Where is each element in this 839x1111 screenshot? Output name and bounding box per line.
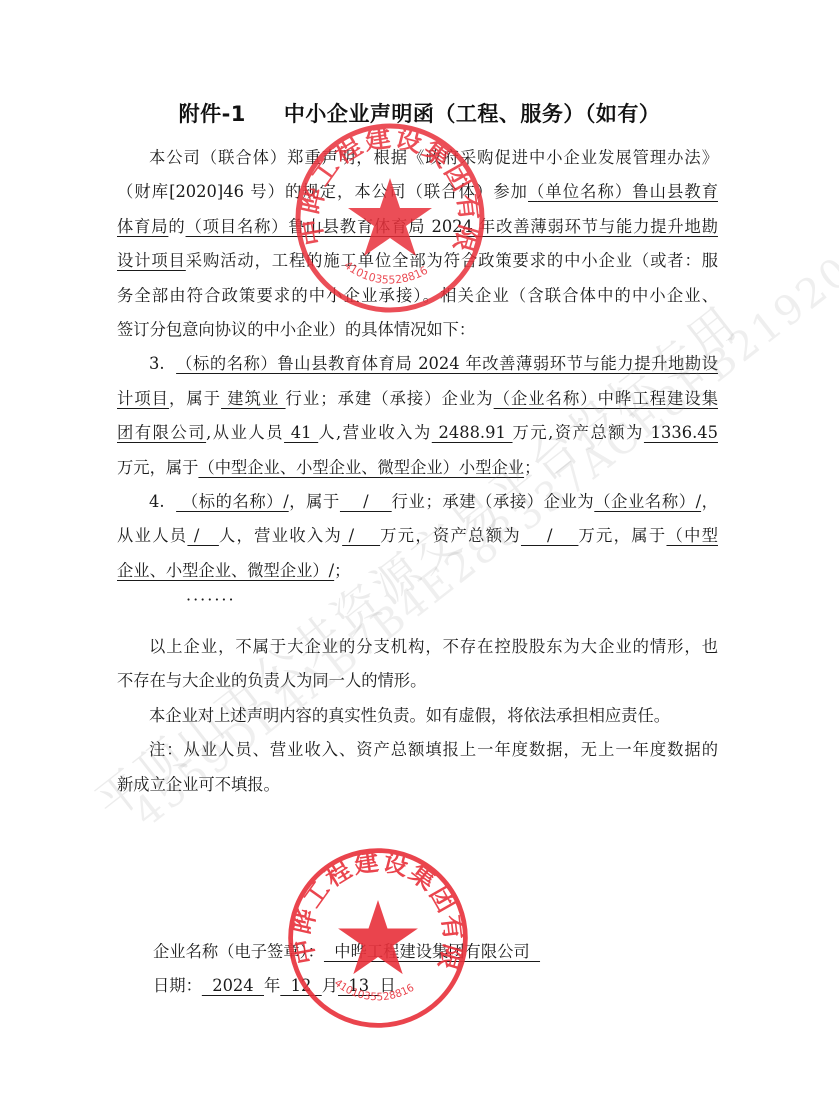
declaration-line-6: 签订分包意向协议的中小企业）的具体情况如下： bbox=[117, 313, 718, 347]
date-row: 日期： 2024 年 12 月 13 日 bbox=[153, 969, 540, 1003]
item-4-line-1: 4. （标的名称）/，属于 / 行业；承建（承接）企业为（企业名称）/， bbox=[117, 485, 718, 519]
item-3-employees: 41 bbox=[284, 423, 318, 442]
statement-1-line-1: 以上企业，不属于大企业的分支机构，不存在控股股东为大企业的情形，也 bbox=[117, 630, 718, 664]
declaration-line-2: （财库[2020]46 号）的规定，本公司（联合体）参加（单位名称）鲁山县教育 bbox=[117, 175, 718, 209]
signature-company-name: 中晔工程建设集团有限公司 bbox=[324, 942, 540, 961]
item-4-industry: / bbox=[340, 492, 392, 511]
unit-name-field: （单位名称）鲁山县教育 bbox=[528, 182, 718, 201]
project-name-field: （项目名称）鲁山县教育体育局 2024 年改善薄弱环节与能力提升地勘 bbox=[186, 217, 718, 236]
date-day: 13 bbox=[338, 976, 379, 995]
page-title: 附件-1中小企业声明函（工程、服务）（如有） bbox=[0, 98, 839, 128]
date-month: 12 bbox=[280, 976, 321, 995]
date-year: 2024 bbox=[202, 976, 264, 995]
company-signature-row: 企业名称（电子签章）： 中晔工程建设集团有限公司 bbox=[153, 935, 540, 969]
item-4-size-class: 企业、小型企业、微型企业）/ bbox=[117, 561, 334, 580]
title-main: 中小企业声明函（工程、服务）（如有） bbox=[284, 102, 661, 126]
declaration-line-4: 设计项目采购活动，工程的施工单位全部为符合政策要求的中小企业（或者：服 bbox=[117, 244, 718, 278]
item-4-target-name: （标的名称）/ bbox=[176, 492, 289, 511]
declaration-line-5: 务全部由符合政策要求的中小企业承接）。相关企业（含联合体中的中小企业、 bbox=[117, 279, 718, 313]
item-3-industry: 建筑业 bbox=[221, 389, 285, 408]
signature-block: 企业名称（电子签章）： 中晔工程建设集团有限公司 日期： 2024 年 12 月… bbox=[153, 935, 540, 1003]
item-4-employees: / bbox=[187, 526, 218, 545]
item-4-company: （企业名称）/ bbox=[594, 492, 701, 511]
item-4-revenue: / bbox=[342, 526, 380, 545]
declaration-line-1: 本公司（联合体）郑重声明，根据《政府采购促进中小企业发展管理办法》 bbox=[117, 141, 718, 175]
attachment-label: 附件-1 bbox=[179, 102, 246, 126]
item-3-revenue: 2488.91 bbox=[432, 423, 513, 442]
ellipsis: ······· bbox=[186, 590, 236, 609]
document-page: 附件-1中小企业声明函（工程、服务）（如有） 本公司（联合体）郑重声明，根据《政… bbox=[0, 0, 839, 1111]
declaration-line-3: 体育局的（项目名称）鲁山县教育体育局 2024 年改善薄弱环节与能力提升地勘 bbox=[117, 210, 718, 244]
